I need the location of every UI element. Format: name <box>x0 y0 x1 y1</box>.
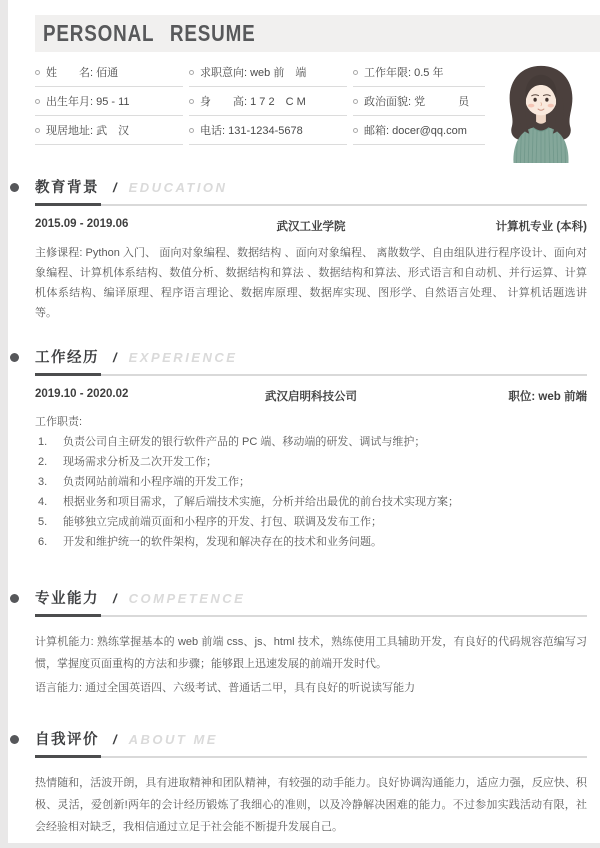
duty-item: 能够独立完成前端页面和小程序的开发、打包、联调及发布工作； <box>35 512 587 532</box>
slash-separator: / <box>113 180 117 195</box>
bullet-circle-icon <box>35 99 40 104</box>
bullet-circle-icon <box>353 70 358 75</box>
bullet-circle-icon <box>353 99 358 104</box>
section-education: 教育背景 / EDUCATION 2015.09 - 2019.06 武汉工业学… <box>35 179 587 323</box>
field-birth-date: 出生年月: 95 - 11 <box>35 87 183 116</box>
field-work-years: 工作年限: 0.5 年 <box>353 58 485 87</box>
section-header: 自我评价 / ABOUT ME <box>35 731 587 749</box>
section-rule-accent <box>35 203 101 206</box>
field-text: 现居地址: 武 汉 <box>46 122 129 138</box>
section-bullet-icon <box>10 735 19 744</box>
bullet-circle-icon <box>189 128 194 133</box>
duty-item: 根据业务和项目需求，了解后端技术实施，分析并给出最优的前台技术实现方案； <box>35 492 587 512</box>
field-text: 电话: 131-1234-5678 <box>200 122 303 138</box>
slash-separator: / <box>113 350 117 365</box>
field-text: 求职意向: web 前 端 <box>200 64 306 80</box>
education-courses: 主修课程: Python 入门、 面向对象编程、数据结构 、面向对象编程、 离散… <box>35 243 587 323</box>
duties-list: 负责公司自主研发的银行软件产品的 PC 端、移动端的研发、调试与维护； 现场需求… <box>35 432 587 552</box>
experience-entry-header: 2019.10 - 2020.02 武汉启明科技公司 职位: web 前端 <box>35 388 587 404</box>
duty-item: 负责网站前端和小程序端的开发工作； <box>35 472 587 492</box>
field-text: 身 高: 1 7 2 C M <box>200 93 306 109</box>
section-competence: 专业能力 / COMPETENCE 计算机能力: 熟练掌握基本的 web 前端 … <box>35 590 587 699</box>
section-title-en: EXPERIENCE <box>129 350 238 365</box>
section-rule <box>35 756 587 758</box>
section-rule <box>35 204 587 206</box>
about-me-body: 热情随和，活波开朗，具有进取精神和团队精神，有较强的动手能力。良好协调沟通能力，… <box>35 772 587 838</box>
duty-item: 现场需求分析及二次开发工作； <box>35 452 587 472</box>
duty-item: 负责公司自主研发的银行软件产品的 PC 端、移动端的研发、调试与维护； <box>35 432 587 452</box>
field-text: 工作年限: 0.5 年 <box>364 64 443 80</box>
profile-fields: 姓 名: 佰通 求职意向: web 前 端 工作年限: 0.5 年 出生年月: … <box>35 58 487 163</box>
bullet-circle-icon <box>35 70 40 75</box>
field-address: 现居地址: 武 汉 <box>35 116 183 145</box>
section-about-me: 自我评价 / ABOUT ME 热情随和，活波开朗，具有进取精神和团队精神，有较… <box>35 731 587 838</box>
field-text: 姓 名: 佰通 <box>46 64 118 80</box>
section-title-en: COMPETENCE <box>129 591 246 606</box>
section-rule-accent <box>35 614 101 617</box>
duties-intro: 工作职责: <box>35 412 587 432</box>
section-title: 工作经历 <box>35 349 99 367</box>
field-phone: 电话: 131-1234-5678 <box>189 116 347 145</box>
field-email: 邮箱: docer@qq.com <box>353 116 485 145</box>
section-header: 工作经历 / EXPERIENCE <box>35 349 587 367</box>
competence-body: 计算机能力: 熟练掌握基本的 web 前端 css、js、html 技术，熟练使… <box>35 631 587 699</box>
section-title-en: ABOUT ME <box>129 732 218 747</box>
language-skills: 语言能力: 通过全国英语四、六级考试、普通话二甲，具有良好的听说读写能力 <box>35 677 587 699</box>
section-rule-accent <box>35 373 101 376</box>
page-edge-bottom <box>0 843 600 848</box>
section-bullet-icon <box>10 594 19 603</box>
field-text: 出生年月: 95 - 11 <box>46 93 130 109</box>
bullet-circle-icon <box>189 99 194 104</box>
field-text: 政治面貌: 党 员 <box>364 93 469 109</box>
section-header: 教育背景 / EDUCATION <box>35 179 587 197</box>
education-school: 武汉工业学院 <box>219 218 403 234</box>
computer-skills: 计算机能力: 熟练掌握基本的 web 前端 css、js、html 技术，熟练使… <box>35 631 587 675</box>
field-height: 身 高: 1 7 2 C M <box>189 87 347 116</box>
education-period: 2015.09 - 2019.06 <box>35 218 219 234</box>
slash-separator: / <box>113 591 117 606</box>
section-rule <box>35 374 587 376</box>
education-major: 计算机专业 (本科) <box>403 218 587 234</box>
section-bullet-icon <box>10 353 19 362</box>
field-name: 姓 名: 佰通 <box>35 58 183 87</box>
section-rule <box>35 615 587 617</box>
section-header: 专业能力 / COMPETENCE <box>35 590 587 608</box>
duty-item: 开发和维护统一的软件架构，发现和解决存在的技术和业务问题。 <box>35 532 587 552</box>
page-title: PERSONAL RESUME <box>43 20 256 47</box>
profile-section: 姓 名: 佰通 求职意向: web 前 端 工作年限: 0.5 年 出生年月: … <box>35 58 587 163</box>
field-political-status: 政治面貌: 党 员 <box>353 87 485 116</box>
field-text: 邮箱: docer@qq.com <box>364 122 467 138</box>
experience-company: 武汉启明科技公司 <box>219 388 403 404</box>
section-title: 教育背景 <box>35 179 99 197</box>
section-title: 专业能力 <box>35 590 99 608</box>
experience-position: 职位: web 前端 <box>403 388 587 404</box>
section-title: 自我评价 <box>35 731 99 749</box>
section-rule-accent <box>35 755 101 758</box>
slash-separator: / <box>113 732 117 747</box>
resume-header-bar: PERSONAL RESUME <box>35 15 600 52</box>
education-entry-header: 2015.09 - 2019.06 武汉工业学院 计算机专业 (本科) <box>35 218 587 234</box>
section-bullet-icon <box>10 183 19 192</box>
avatar <box>491 59 591 163</box>
bullet-circle-icon <box>35 128 40 133</box>
avatar-illustration <box>491 59 591 163</box>
resume-page: PERSONAL RESUME 姓 名: 佰通 求职意向: web 前 端 工作… <box>0 15 600 838</box>
section-experience: 工作经历 / EXPERIENCE 2019.10 - 2020.02 武汉启明… <box>35 349 587 552</box>
bullet-circle-icon <box>353 128 358 133</box>
experience-period: 2019.10 - 2020.02 <box>35 388 219 404</box>
bullet-circle-icon <box>189 70 194 75</box>
section-title-en: EDUCATION <box>129 180 228 195</box>
field-job-intention: 求职意向: web 前 端 <box>189 58 347 87</box>
